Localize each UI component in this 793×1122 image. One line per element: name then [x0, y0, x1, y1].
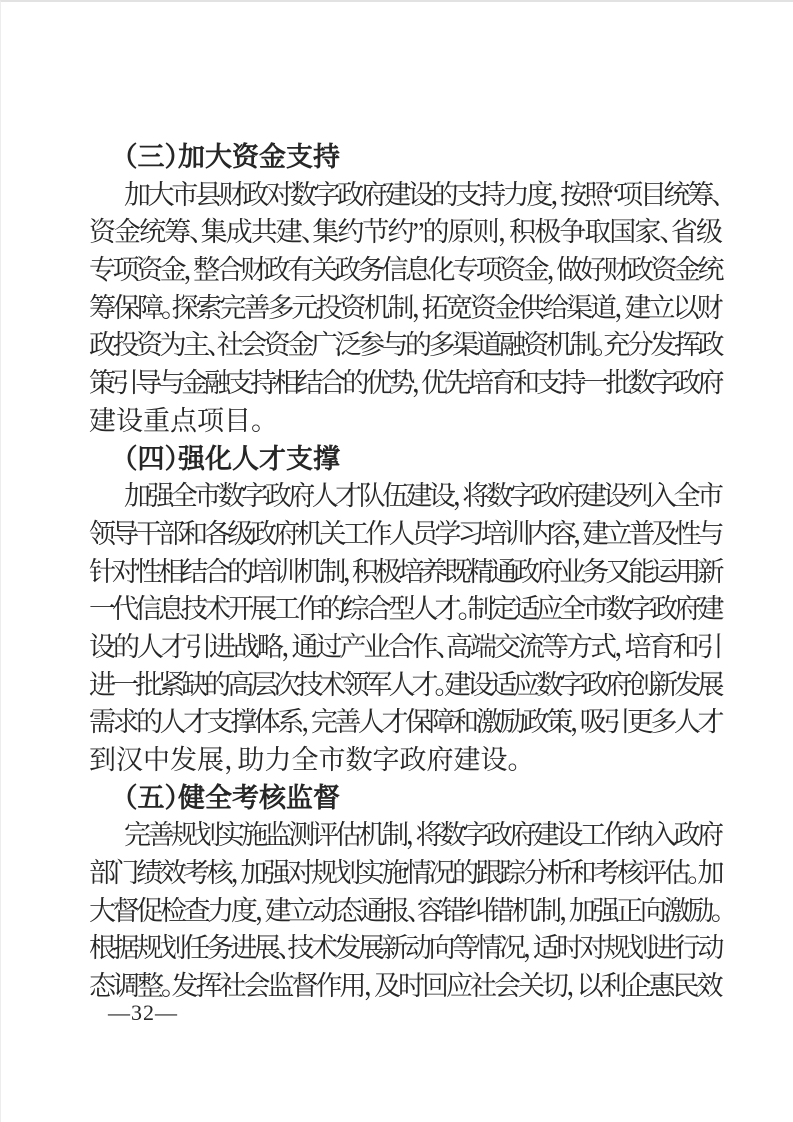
paragraph-line: 加强全市数字政府人才队伍建设，将数字政府建设列入全市: [89, 478, 721, 516]
section-heading-1: （三）加大资金支持: [89, 139, 721, 177]
paragraph-line: 加大市县财政对数字政府建设的支持力度，按照“项目统筹、: [89, 177, 721, 215]
paragraph-line: 政投资为主、社会资金广泛参与的多渠道融资机制。充分发挥政: [89, 327, 721, 365]
paragraph-line: 部门绩效考核，加强对规划实施情况的跟踪分析和考核评估。加: [89, 855, 721, 893]
paragraph-line: 策引导与金融支持相结合的优势，优先培育和支持一批数字政府: [89, 365, 721, 403]
paragraph-line: 大督促检查力度，建立动态通报、容错纠错机制，加强正向激励。: [89, 893, 721, 931]
section-heading-2: （四）强化人才支撑: [89, 441, 721, 479]
document-body: （三）加大资金支持加大市县财政对数字政府建设的支持力度，按照“项目统筹、资金统筹…: [89, 139, 721, 1006]
paragraph-line: 进一批紧缺的高层次技术领军人才。建设适应数字政府创新发展: [89, 667, 721, 705]
paragraph-line: 建设重点项目。: [89, 403, 721, 441]
page-number: —32—: [108, 999, 178, 1027]
paragraph-line: 一代信息技术开展工作的综合型人才。制定适应全市数字政府建: [89, 591, 721, 629]
paragraph-line: 态调整。发挥社会监督作用，及时回应社会关切，以利企惠民效: [89, 968, 721, 1006]
paragraph-line: 领导干部和各级政府机关工作人员学习培训内容，建立普及性与: [89, 516, 721, 554]
paragraph-line: 根据规划任务进展、技术发展新动向等情况，适时对规划进行动: [89, 930, 721, 968]
paragraph-line: 筹保障。探索完善多元投资机制，拓宽资金供给渠道，建立以财: [89, 290, 721, 328]
paragraph-line: 到汉中发展，助力全市数字政府建设。: [89, 742, 721, 780]
paragraph-line: 专项资金，整合财政有关政务信息化专项资金，做好财政资金统: [89, 252, 721, 290]
paragraph-line: 完善规划实施监测评估机制，将数字政府建设工作纳入政府: [89, 817, 721, 855]
section-heading-3: （五）健全考核监督: [89, 780, 721, 818]
paragraph-line: 需求的人才支撑体系，完善人才保障和激励政策，吸引更多人才: [89, 704, 721, 742]
paragraph-line: 设的人才引进战略，通过产业合作、高端交流等方式，培育和引: [89, 629, 721, 667]
paragraph-line: 针对性相结合的培训机制，积极培养既精通政府业务又能运用新: [89, 554, 721, 592]
paragraph-line: 资金统筹、集成共建、集约节约”的原则，积极争取国家、省级: [89, 214, 721, 252]
document-page: （三）加大资金支持加大市县财政对数字政府建设的支持力度，按照“项目统筹、资金统筹…: [0, 0, 793, 1122]
